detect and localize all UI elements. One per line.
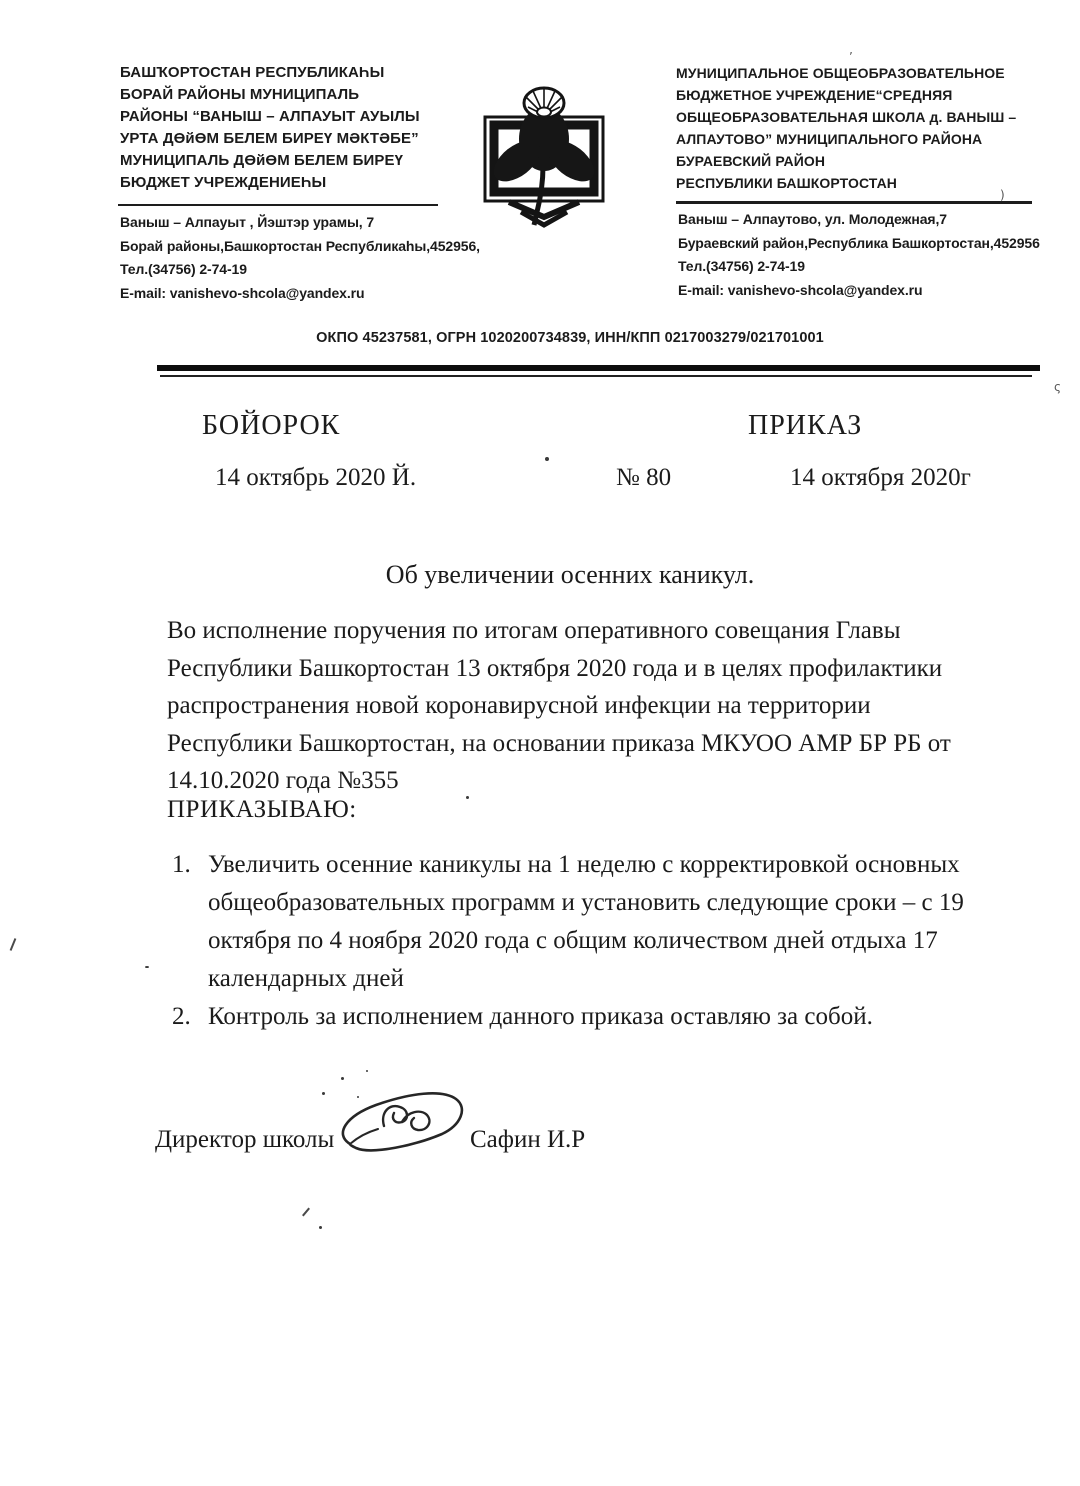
scan-speck: ’ — [849, 50, 853, 64]
order-number: № 80 — [616, 464, 671, 492]
item-line: Контроль за исполнением данного приказа … — [208, 998, 873, 1036]
org-name-bashkir: БАШҠОРТОСТАН РЕСПУБЛИКАҺЫ БОРАЙ РАЙОНЫ М… — [120, 62, 420, 194]
item-line: Увеличить осенние каникулы на 1 неделю с… — [208, 846, 964, 884]
org-line: МУНИЦИПАЛЬ ДӨйӨМ БЕЛЕМ БИРЕҮ — [120, 150, 420, 172]
scan-speck — [322, 1092, 325, 1095]
org-line: БАШҠОРТОСТАН РЕСПУБЛИКАҺЫ — [120, 62, 420, 84]
scan-speck — [466, 796, 469, 799]
org-line: УРТА ДӨйӨМ БЕЛЕМ БИРЕҮ МӘКТӘБЕ” — [120, 128, 420, 150]
order-heading-russian: ПРИКАЗ — [748, 410, 862, 442]
org-line: БЮДЖЕТНОЕ УЧРЕЖДЕНИЕ“СРЕДНЯЯ — [676, 84, 1016, 106]
org-line: БЮДЖЕТ УЧРЕЖДЕНИЕҺЫ — [120, 172, 420, 194]
address-line: E-mail: vanishevo-shcola@yandex.ru — [120, 282, 480, 306]
address-line: Борай районы,Башкортостан Республикаһы,4… — [120, 235, 480, 259]
right-header-divider — [676, 201, 1032, 204]
scan-speck — [145, 966, 149, 968]
scan-speck — [319, 1226, 322, 1229]
signature-scribble — [330, 1080, 475, 1170]
address-line: Ваныш – Алпаутово, ул. Молодежная,7 — [678, 208, 1040, 232]
scan-speck: ) — [1000, 188, 1005, 202]
school-emblem-logo — [481, 86, 607, 228]
scan-speck — [10, 938, 17, 951]
org-line: МУНИЦИПАЛЬНОЕ ОБЩЕОБРАЗОВАТЕЛЬНОЕ — [676, 62, 1016, 84]
registry-codes-line: ОКПО 45237581, ОГРН 1020200734839, ИНН/К… — [60, 330, 1080, 346]
separator-rule-thin — [160, 375, 1032, 377]
scan-speck — [357, 1096, 359, 1098]
item-text: Увеличить осенние каникулы на 1 неделю с… — [208, 846, 964, 998]
item-line: общеобразовательных программ и установит… — [208, 884, 964, 922]
address-line: Тел.(34756) 2-74-19 — [120, 258, 480, 282]
order-heading-bashkir: БОЙОРОК — [202, 410, 340, 442]
org-line: АЛПАУТОВО” МУНИЦИПАЛЬНОГО РАЙОНА — [676, 128, 1016, 150]
org-address-bashkir: Ваныш – Алпауыт , Йэштэр урамы, 7 Борай … — [120, 211, 480, 305]
order-date-bashkir: 14 октябрь 2020 Й. — [215, 464, 416, 492]
org-name-russian: МУНИЦИПАЛЬНОЕ ОБЩЕОБРАЗОВАТЕЛЬНОЕ БЮДЖЕТ… — [676, 62, 1016, 194]
address-line: Бураевский район,Республика Башкортостан… — [678, 232, 1040, 256]
preamble-line: 14.10.2020 года №355 — [167, 762, 951, 800]
scan-speck — [366, 1070, 368, 1072]
org-address-russian: Ваныш – Алпаутово, ул. Молодежная,7 Бура… — [678, 208, 1040, 302]
scan-speck — [341, 1077, 344, 1080]
preamble-line: Во исполнение поручения по итогам операт… — [167, 612, 951, 650]
item-text: Контроль за исполнением данного приказа … — [208, 998, 873, 1036]
order-item: 1. Увеличить осенние каникулы на 1 недел… — [172, 846, 964, 998]
decree-word: ПРИКАЗЫВАЮ: — [167, 796, 357, 824]
item-number: 2. — [172, 998, 208, 1036]
signature-name: Сафин И.Р — [470, 1126, 585, 1154]
left-header-divider — [118, 204, 438, 206]
org-line: БУРАЕВСКИЙ РАЙОН — [676, 150, 1016, 172]
preamble-line: Республики Башкортостан, на основании пр… — [167, 725, 951, 763]
order-items-list: 1. Увеличить осенние каникулы на 1 недел… — [172, 846, 964, 1036]
order-item: 2. Контроль за исполнением данного прика… — [172, 998, 964, 1036]
scan-speck — [302, 1208, 310, 1217]
item-line: календарных дней — [208, 960, 964, 998]
order-preamble: Во исполнение поручения по итогам операт… — [167, 612, 951, 800]
address-line: Ваныш – Алпауыт , Йэштэр урамы, 7 — [120, 211, 480, 235]
item-number: 1. — [172, 846, 208, 998]
scan-speck: ς — [1054, 380, 1061, 394]
item-line: октября по 4 ноября 2020 года с общим ко… — [208, 922, 964, 960]
preamble-line: Республики Башкортостан 13 октября 2020 … — [167, 650, 951, 688]
address-line: Тел.(34756) 2-74-19 — [678, 255, 1040, 279]
order-subject: Об увеличении осенних каникул. — [60, 560, 1080, 590]
separator-rule-thick — [157, 365, 1040, 371]
order-date-russian: 14 октября 2020г — [790, 464, 971, 492]
signature-position-label: Директор школы — [155, 1126, 334, 1154]
org-line: БОРАЙ РАЙОНЫ МУНИЦИПАЛЬ — [120, 84, 420, 106]
org-line: РЕСПУБЛИКИ БАШКОРТОСТАН — [676, 172, 1016, 194]
org-line: ОБЩЕОБРАЗОВАТЕЛЬНАЯ ШКОЛА д. ВАНЫШ – — [676, 106, 1016, 128]
scanned-order-document: БАШҠОРТОСТАН РЕСПУБЛИКАҺЫ БОРАЙ РАЙОНЫ М… — [0, 0, 1080, 1486]
org-line: РАЙОНЫ “ВАНЫШ – АЛПАУЫТ АУЫЛЫ — [120, 106, 420, 128]
address-line: E-mail: vanishevo-shcola@yandex.ru — [678, 279, 1040, 303]
preamble-line: распространения новой коронавирусной инф… — [167, 687, 951, 725]
scan-speck — [545, 457, 549, 461]
